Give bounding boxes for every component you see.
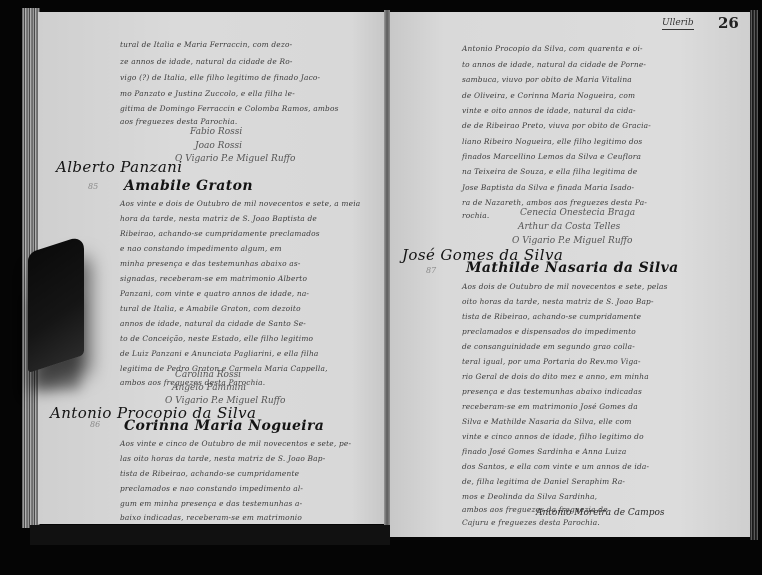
page-weight-clip (28, 235, 84, 373)
text-line: minha presença e das testemunhas abaixo … (120, 259, 301, 268)
text-line: vigo (?) de Italia, elle filho legitimo … (120, 73, 320, 82)
bride-name: Corinna Maria Nogueira (124, 418, 324, 434)
bride-name: Mathilde Nasaria da Silva (466, 260, 679, 276)
text-line: Aos dois de Outubro de mil novecentos e … (462, 282, 668, 291)
text-line: teral igual, por uma Portaria do Rev.mo … (462, 357, 641, 366)
text-line: de Luiz Panzani e Anunciata Pagliarini, … (120, 349, 319, 358)
text-line: finado José Gomes Sardinha e Anna Luiza (462, 447, 626, 456)
page-header-word: Ullerib (662, 18, 694, 30)
text-line: Jose Baptista da Silva e finada Maria Is… (462, 183, 634, 192)
text-line: mo Panzato e Justina Zuccolo, e ella fil… (120, 89, 295, 98)
signature: O Vigario P.e Miguel Ruffo (512, 236, 632, 246)
signature: Joao Rossi (195, 141, 242, 151)
signature: Arthur da Costa Telles (518, 222, 620, 232)
page-stack-right-edge (750, 10, 758, 540)
text-line: na Teixeira de Souza, e ella filha legit… (462, 167, 637, 176)
text-line: signadas, receberam-se em matrimonio Alb… (120, 274, 307, 283)
text-line: tural de Italia e Maria Ferraccin, com d… (120, 40, 292, 49)
text-line: tural de Italia, e Amabile Graton, com d… (120, 304, 301, 313)
text-line: Aos vinte e cinco de Outubro de mil nove… (120, 439, 351, 448)
text-line: oito horas da tarde, nesta matriz de S. … (462, 297, 654, 306)
text-line: hora da tarde, nesta matriz de S. Joao B… (120, 214, 317, 223)
text-line: preclamados e dispensados do impedimento (462, 327, 636, 336)
text-line: to annos de idade, natural da cidade de … (462, 60, 646, 69)
signature: Fabio Rossi (190, 127, 242, 137)
text-line: Ribeirao, achando-se cumpridamente precl… (120, 229, 320, 238)
signature: Carolina Rossi (175, 370, 241, 380)
text-line: las oito horas da tarde, nesta matriz de… (120, 454, 325, 463)
text-line: receberam-se em matrimonio José Gomes da (462, 402, 638, 411)
text-line: baixo indicadas, receberam-se em matrimo… (120, 513, 302, 522)
text-line: Panzani, com vinte e quatro annos de ida… (120, 289, 309, 298)
text-line: dos Santos, e ella com vinte e um annos … (462, 462, 649, 471)
text-line: ra de Nazareth, ambos aos freguezes dest… (462, 198, 647, 207)
entry-number: 87 (426, 266, 436, 275)
text-line: de de Ribeirao Preto, viuva por obito de… (462, 121, 651, 130)
text-line: aos freguezes desta Parochia. (120, 117, 237, 126)
text-line: vinte e oito annos de idade, natural da … (462, 106, 636, 115)
text-line: Cajuru e freguezes desta Parochia. (462, 518, 600, 527)
text-line: sambuca, viuvo por obito de Maria Vitali… (462, 75, 632, 84)
text-line: preclamados e nao constando impedimento … (120, 484, 303, 493)
text-line: rio Geral de dois do dito mez e anno, em… (462, 372, 649, 381)
text-line: mos e Deolinda da Silva Sardinha, (462, 492, 597, 501)
text-line: Antonio Procopio da Silva, com quarenta … (462, 44, 643, 53)
text-line: liano Ribeiro Nogueira, elle filho legit… (462, 137, 642, 146)
text-line: tista de Ribeirao, achando-se cumpridame… (120, 469, 299, 478)
text-line: finados Marcellino Lemos da Silva e Ceuf… (462, 152, 641, 161)
register-book: tural de Italia e Maria Ferraccin, com d… (0, 0, 762, 575)
text-line: gitima de Domingo Ferraccin e Colomba Ra… (120, 104, 339, 113)
text-line: presença e das testemunhas abaixo indica… (462, 387, 642, 396)
groom-name: Alberto Panzani (56, 158, 182, 176)
text-line: vinte e cinco annos de idade, filho legi… (462, 432, 644, 441)
bottom-shadow (30, 525, 390, 545)
text-line: gum em minha presença e das testemunhas … (120, 499, 302, 508)
text-line: e nao constando impedimento algum, em (120, 244, 282, 253)
signature: O Vigario P.e Miguel Ruffo (175, 154, 295, 164)
text-line: de, filha legitima de Daniel Seraphim Ra… (462, 477, 625, 486)
text-line: ze annos de idade, natural da cidade de … (120, 57, 293, 66)
entry-number: 86 (90, 420, 100, 429)
signature: Antonio Moreira de Campos (536, 508, 665, 518)
text-line: Silva e Mathilde Nasaria da Silva, elle … (462, 417, 632, 426)
text-line: de consanguinidade em segundo grao colla… (462, 342, 635, 351)
text-line: rochia. (462, 211, 489, 220)
bride-name: Amabile Graton (124, 178, 253, 194)
signature: Cenecia Onestecia Braga (520, 208, 635, 218)
entry-number: 85 (88, 182, 98, 191)
text-line: to de Conceição, neste Estado, elle filh… (120, 334, 313, 343)
text-line: de Oliveira, e Corinna Maria Nogueira, c… (462, 91, 635, 100)
signature: Angelo Pammini (172, 383, 246, 393)
text-line: Aos vinte e dois de Outubro de mil novec… (120, 199, 360, 208)
text-line: tista de Ribeirao, achando-se cumpridame… (462, 312, 641, 321)
page-number: 26 (718, 14, 739, 32)
text-line: annos de idade, natural da cidade de San… (120, 319, 306, 328)
